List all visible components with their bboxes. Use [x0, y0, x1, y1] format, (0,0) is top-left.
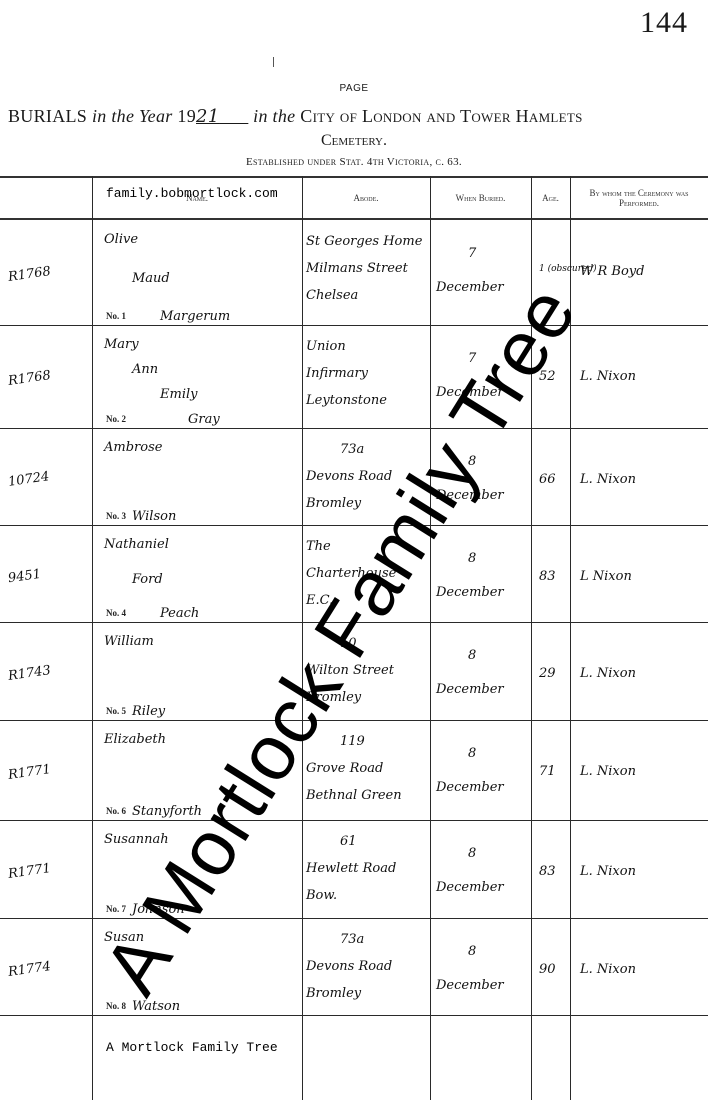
register-number: R1774: [7, 959, 52, 980]
column-divider: [430, 176, 431, 1100]
register-number: 9451: [7, 566, 42, 585]
abode-line: Bromley: [306, 690, 361, 705]
age: 83: [539, 864, 556, 879]
abode-line: Devons Road: [306, 959, 392, 974]
performed-by: L. Nixon: [580, 962, 636, 977]
column-header-abode: Abode.: [302, 180, 430, 216]
abode-line: Devons Road: [306, 469, 392, 484]
column-header-age: Age.: [531, 180, 570, 216]
name-line: Susannah: [104, 832, 169, 847]
abode-line: Bow.: [306, 888, 337, 903]
abode-line: E.C.: [306, 593, 333, 608]
column-header-when-buried: When Buried.: [430, 180, 531, 216]
age: 90: [539, 962, 556, 977]
name-line: Nathaniel: [104, 537, 169, 552]
title-year-handwritten: 21: [196, 106, 220, 127]
abode-line: 61: [340, 834, 357, 849]
footer-tag: A Mortlock Family Tree: [106, 1040, 278, 1055]
register-number: R1743: [7, 663, 52, 684]
column-divider: [302, 176, 303, 1100]
age: 83: [539, 569, 556, 584]
title-cemetery-name: City of London and Tower Hamlets: [300, 106, 582, 126]
column-divider: [570, 176, 571, 1100]
title-year-printed: 19: [177, 106, 196, 126]
name-line: Peach: [160, 606, 199, 621]
register-title: BURIALS in the Year 1921 in the City of …: [8, 106, 583, 127]
entry-number: No. 2: [106, 414, 126, 424]
entry-number: No. 4: [106, 608, 126, 618]
name-line: Mary: [104, 337, 139, 352]
register-number: R1771: [7, 762, 52, 783]
burial-register-table: Name. Abode. When Buried. Age. By whom t…: [0, 176, 708, 1100]
entry-number: No. 8: [106, 1001, 126, 1011]
burial-day: 8: [468, 944, 476, 959]
name-line: Susan: [104, 930, 144, 945]
entry-number: No. 1: [106, 311, 126, 321]
title-in-the-year: in the Year: [92, 106, 173, 126]
page-number: 144: [640, 6, 688, 40]
name-line: Emily: [160, 387, 197, 402]
abode-line: Infirmary: [306, 366, 368, 381]
abode-line: Grove Road: [306, 761, 383, 776]
abode-line: Hewlett Road: [306, 861, 396, 876]
abode-line: Charterhouse: [306, 566, 396, 581]
burial-day: 7: [468, 246, 476, 261]
burial-day: 8: [468, 846, 476, 861]
name-line: Riley: [132, 704, 165, 719]
entry-number: No. 5: [106, 706, 126, 716]
title-cemetery: Cemetery.: [0, 132, 708, 150]
register-number: R1768: [7, 264, 52, 285]
burial-day: 8: [468, 454, 476, 469]
title-burials: BURIALS: [8, 106, 87, 126]
performed-by: L. Nixon: [580, 666, 636, 681]
row-divider: [0, 1015, 708, 1016]
abode-line: 10: [340, 636, 357, 651]
title-in-the: in the: [253, 106, 295, 126]
abode-line: Union: [306, 339, 346, 354]
name-line: Maud: [132, 271, 170, 286]
name-line: Johnson: [132, 902, 185, 917]
column-divider: [92, 176, 93, 1100]
table-top-rule: [0, 176, 708, 178]
site-url-overlay: family.bobmortlock.com: [106, 186, 278, 201]
entry-number: No. 3: [106, 511, 126, 521]
name-line: Olive: [104, 232, 138, 247]
name-line: Wilson: [132, 509, 176, 524]
performed-by: L. Nixon: [580, 472, 636, 487]
row-divider: [0, 720, 708, 721]
burial-day: 8: [468, 551, 476, 566]
name-line: Ford: [132, 572, 163, 587]
abode-line: Chelsea: [306, 288, 358, 303]
performed-by: W R Boyd: [580, 264, 644, 279]
name-line: William: [104, 634, 154, 649]
abode-line: Bethnal Green: [306, 788, 402, 803]
column-header-performed-by: By whom the Ceremony was Performed.: [572, 180, 706, 216]
name-line: Stanyforth: [132, 804, 202, 819]
row-divider: [0, 325, 708, 326]
register-number: R1768: [7, 368, 52, 389]
performed-by: L. Nixon: [580, 864, 636, 879]
burial-month: December: [436, 488, 504, 503]
row-divider: [0, 428, 708, 429]
age: 71: [539, 764, 556, 779]
burial-month: December: [436, 585, 504, 600]
burial-month: December: [436, 880, 504, 895]
name-line: Margerum: [160, 309, 230, 324]
burial-month: December: [436, 385, 504, 400]
register-number: 10724: [7, 469, 50, 490]
abode-line: 73a: [340, 442, 364, 457]
burial-day: 8: [468, 746, 476, 761]
burial-day: 7: [468, 351, 476, 366]
burial-month: December: [436, 978, 504, 993]
burial-month: December: [436, 682, 504, 697]
abode-line: Bromley: [306, 986, 361, 1001]
name-line: Ambrose: [104, 440, 162, 455]
header-bottom-rule: [0, 218, 708, 220]
row-divider: [0, 918, 708, 919]
abode-line: 73a: [340, 932, 364, 947]
burial-month: December: [436, 280, 504, 295]
register-number: R1771: [7, 861, 52, 882]
entry-number: No. 7: [106, 904, 126, 914]
column-divider: [531, 176, 532, 1100]
age: 29: [539, 666, 556, 681]
name-line: Ann: [132, 362, 158, 377]
burial-day: 8: [468, 648, 476, 663]
age: 66: [539, 472, 556, 487]
burial-month: December: [436, 780, 504, 795]
performed-by: L. Nixon: [580, 369, 636, 384]
age: 52: [539, 369, 556, 384]
abode-line: Leytonstone: [306, 393, 387, 408]
name-line: Watson: [132, 999, 180, 1014]
row-divider: [0, 525, 708, 526]
abode-line: Milmans Street: [306, 261, 408, 276]
abode-line: 119: [340, 734, 365, 749]
performed-by: L. Nixon: [580, 764, 636, 779]
row-divider: [0, 820, 708, 821]
abode-line: The: [306, 539, 331, 554]
page-label: PAGE: [0, 83, 708, 94]
abode-line: Bromley: [306, 496, 361, 511]
established-note: Established under Stat. 4th Victoria, c.…: [0, 156, 708, 168]
row-divider: [0, 622, 708, 623]
name-line: Gray: [188, 412, 220, 427]
tick-mark: [273, 57, 274, 67]
abode-line: St Georges Home: [306, 234, 422, 249]
abode-line: Wilton Street: [306, 663, 394, 678]
entry-number: No. 6: [106, 806, 126, 816]
name-line: Elizabeth: [104, 732, 166, 747]
performed-by: L Nixon: [580, 569, 632, 584]
